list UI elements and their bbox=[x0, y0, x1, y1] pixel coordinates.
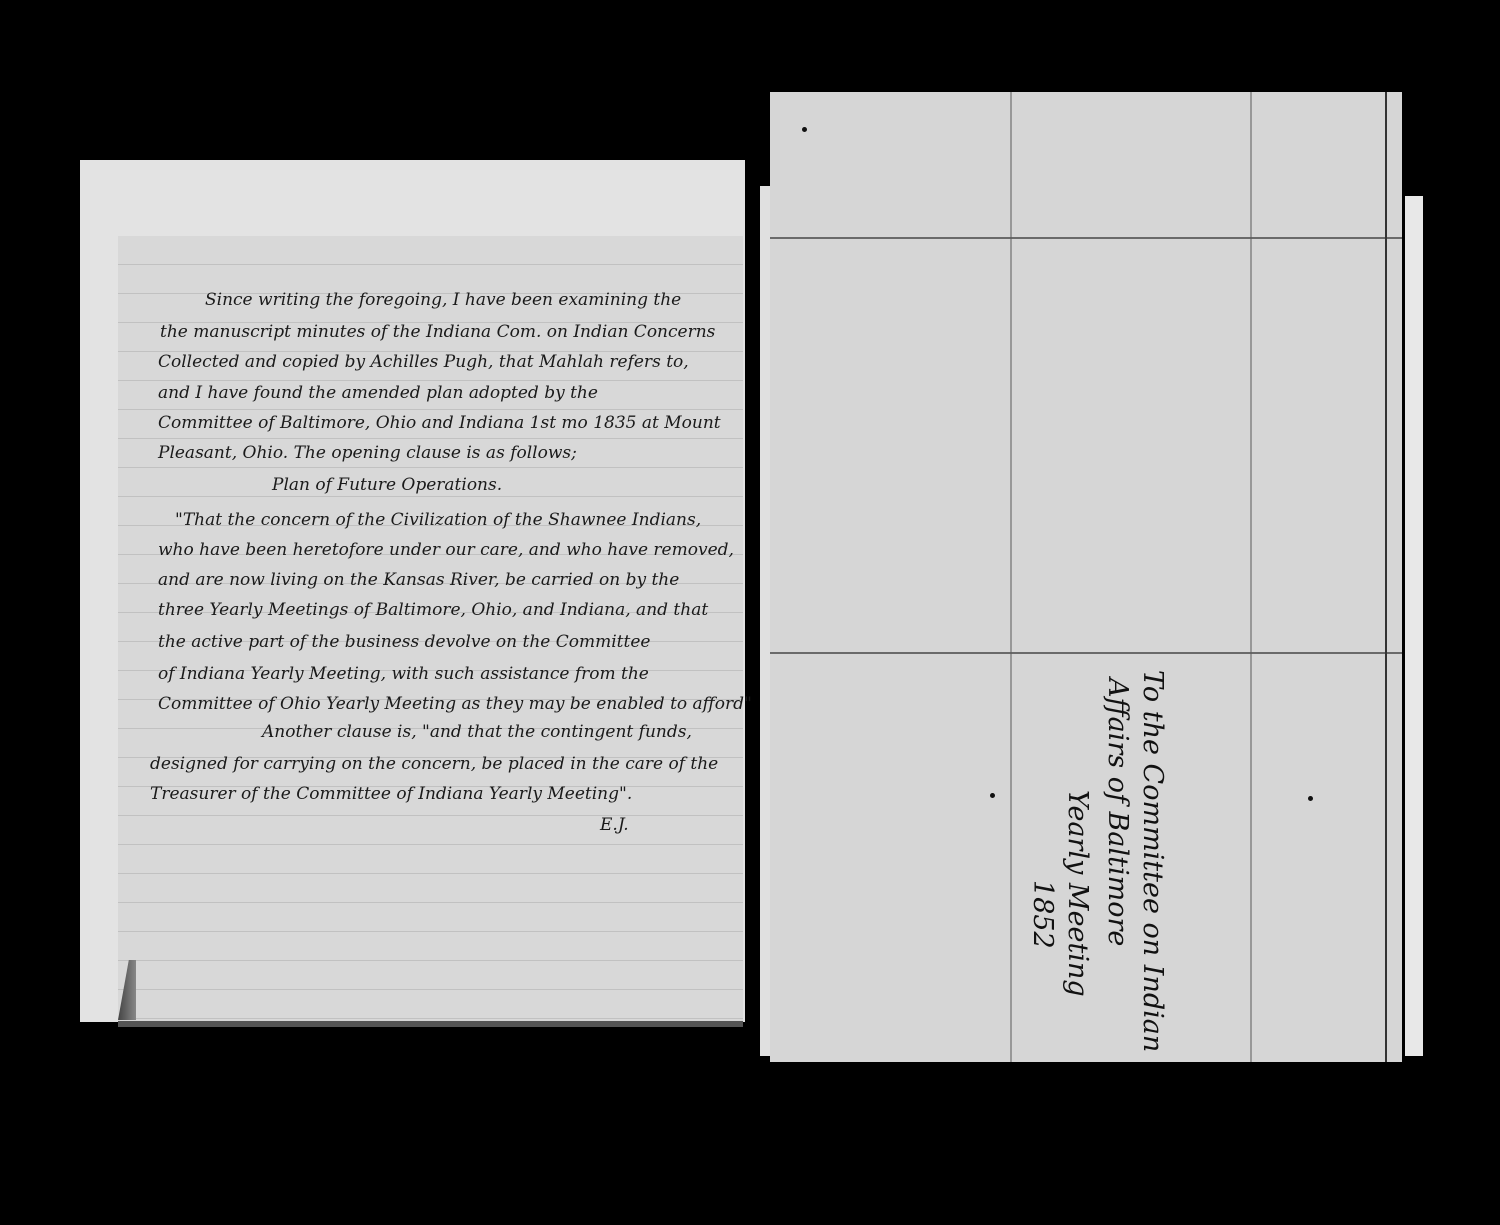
letter-line: Collected and copied by Achilles Pugh, t… bbox=[158, 352, 689, 372]
letter-line: the active part of the business devolve … bbox=[158, 632, 650, 652]
letter-line: and are now living on the Kansas River, … bbox=[158, 570, 679, 590]
letter-line: and I have found the amended plan adopte… bbox=[158, 383, 598, 403]
letter-line: Another clause is, "and that the conting… bbox=[262, 722, 692, 742]
endorsement-year: 1852 bbox=[1027, 880, 1058, 949]
endorsement-line: To the Committee on Indian bbox=[1137, 670, 1168, 1052]
fold-line bbox=[770, 652, 1402, 654]
endorsement-line: Affairs of Baltimore bbox=[1102, 678, 1133, 946]
letter-line: the manuscript minutes of the Indiana Co… bbox=[160, 322, 715, 342]
fold-line bbox=[1385, 92, 1387, 1062]
letter-line: designed for carrying on the concern, be… bbox=[150, 754, 718, 774]
ink-dot bbox=[1308, 796, 1313, 801]
letter-line: Pleasant, Ohio. The opening clause is as… bbox=[158, 443, 577, 463]
ink-dot bbox=[802, 127, 807, 132]
letter-line: who have been heretofore under our care,… bbox=[158, 540, 734, 560]
fold-line bbox=[1250, 92, 1252, 1062]
section-heading: Plan of Future Operations. bbox=[272, 475, 502, 495]
signature: E.J. bbox=[600, 815, 629, 835]
letter-line: "That the concern of the Civilization of… bbox=[175, 510, 701, 530]
fold-line bbox=[1010, 92, 1012, 1062]
fold-line bbox=[770, 237, 1402, 239]
letter-line: of Indiana Yearly Meeting, with such ass… bbox=[158, 664, 649, 684]
letter-line: Treasurer of the Committee of Indiana Ye… bbox=[150, 784, 632, 804]
letter-line: Since writing the foregoing, I have been… bbox=[205, 290, 681, 310]
endorsement-line: Yearly Meeting bbox=[1062, 790, 1093, 997]
letter-line: Committee of Baltimore, Ohio and Indiana… bbox=[158, 413, 721, 433]
letter-line: Committee of Ohio Yearly Meeting as they… bbox=[158, 694, 752, 714]
right-back-sheet-right-edge bbox=[1405, 196, 1423, 1056]
letter-line: three Yearly Meetings of Baltimore, Ohio… bbox=[158, 600, 708, 620]
ink-dot bbox=[990, 793, 995, 798]
